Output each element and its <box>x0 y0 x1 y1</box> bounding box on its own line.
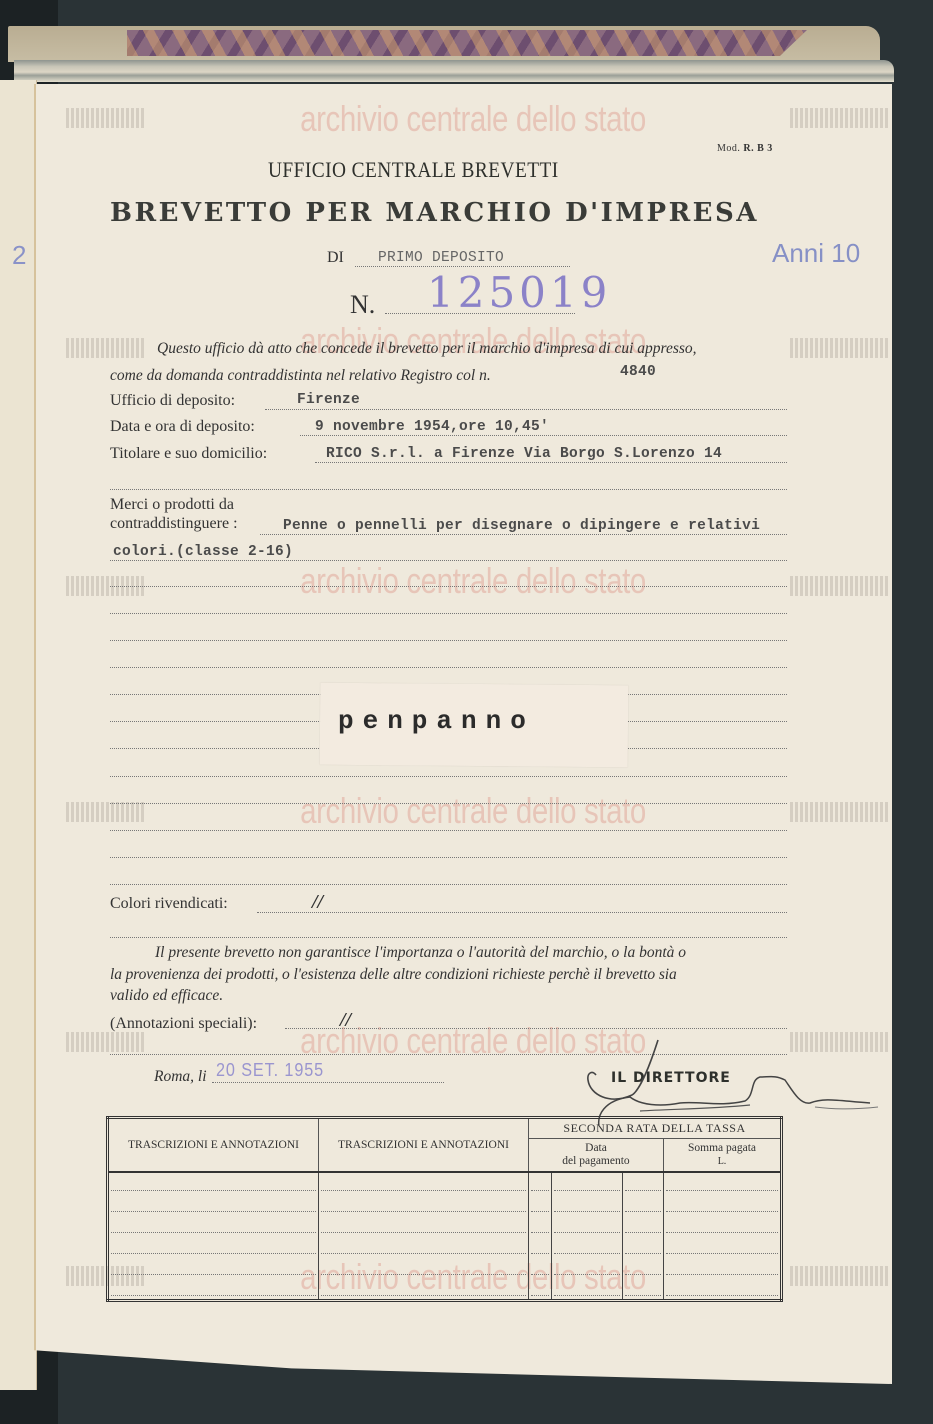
document-content: Mod. R. B 3 UFFICIO CENTRALE BREVETTI BR… <box>0 0 933 1424</box>
ruled-line <box>110 613 787 614</box>
datetime-value: 9 novembre 1954,ore 10,45' <box>315 419 549 435</box>
table-row <box>108 1194 782 1215</box>
office-name: UFFICIO CENTRALE BREVETTI <box>268 157 559 183</box>
column-header-transcriptions-2: TRASCRIZIONI E ANNOTAZIONI <box>319 1118 529 1173</box>
ruled-line <box>110 803 787 804</box>
table-row <box>108 1278 782 1301</box>
disclaimer-line-3: valido ed efficace. <box>110 987 223 1005</box>
table-row <box>108 1172 782 1194</box>
goods-value-1: Penne o pennelli per disegnare o dipinge… <box>283 518 760 534</box>
ruled-line <box>110 667 787 668</box>
colors-value: // <box>312 891 323 914</box>
document-title: BREVETTO PER MARCHIO D'IMPRESA <box>110 198 759 228</box>
annotations-line <box>285 1028 787 1029</box>
number-label: N. <box>350 290 375 320</box>
table-row <box>108 1257 782 1278</box>
goods-line-1 <box>260 534 787 535</box>
director-signature <box>570 1035 880 1125</box>
goods-label-1: Merci o prodotti da <box>110 496 234 514</box>
model-code: Mod. R. B 3 <box>717 143 773 154</box>
deposit-type-value: PRIMO DEPOSITO <box>378 250 504 266</box>
office-line <box>265 409 787 410</box>
ruled-line <box>110 830 787 831</box>
ruled-line <box>110 640 787 641</box>
date-line <box>212 1082 444 1083</box>
register-number: 4840 <box>620 364 656 380</box>
date-stamp: 20 SET. 1955 <box>216 1060 324 1081</box>
table-row <box>108 1236 782 1257</box>
intro-line-2: come da domanda contraddistinta nel rela… <box>110 367 491 385</box>
table-row <box>108 1215 782 1236</box>
holder-value: RICO S.r.l. a Firenze Via Borgo S.Lorenz… <box>326 446 722 462</box>
intro-line-1: Questo ufficio dà atto che concede il br… <box>157 340 697 358</box>
office-label: Ufficio di deposito: <box>110 392 235 410</box>
trademark-name: penpanno <box>338 706 535 736</box>
years-stamp: Anni 10 <box>772 238 860 269</box>
colors-line <box>257 912 787 913</box>
ruled-line <box>110 937 787 938</box>
annotations-value: // <box>340 1009 351 1032</box>
column-header-transcriptions-1: TRASCRIZIONI E ANNOTAZIONI <box>108 1118 319 1173</box>
ruled-line <box>110 776 787 777</box>
column-header-payment-date: Data del pagamento <box>529 1139 664 1173</box>
ruled-line <box>110 489 787 490</box>
deposit-type-label: DI <box>327 249 344 267</box>
office-value: Firenze <box>297 392 360 408</box>
ruled-line <box>110 586 787 587</box>
goods-label-2: contraddistinguere : <box>110 515 238 533</box>
ruled-line <box>110 857 787 858</box>
datetime-line <box>300 435 787 436</box>
disclaimer-line-2: la provenienza dei prodotti, o l'esisten… <box>110 966 677 984</box>
register-table: TRASCRIZIONI E ANNOTAZIONI TRASCRIZIONI … <box>106 1116 783 1302</box>
annotations-label: (Annotazioni speciali): <box>110 1015 257 1033</box>
patent-number-stamp: 125019 <box>427 268 611 317</box>
column-header-amount-paid: Somma pagata L. <box>664 1139 782 1173</box>
holder-line <box>315 462 787 463</box>
goods-line-2 <box>110 560 787 561</box>
place-label: Roma, li <box>154 1068 207 1086</box>
column-group-second-installment: SECONDA RATA DELLA TASSA <box>529 1118 782 1139</box>
ruled-line <box>110 884 787 885</box>
holder-label: Titolare e suo domicilio: <box>110 445 267 463</box>
deposit-type-line <box>355 266 570 267</box>
disclaimer-line-1: Il presente brevetto non garantisce l'im… <box>155 944 686 962</box>
datetime-label: Data e ora di deposito: <box>110 418 255 436</box>
goods-value-2: colori.(classe 2-16) <box>113 544 293 560</box>
colors-label: Colori rivendicati: <box>110 895 228 913</box>
